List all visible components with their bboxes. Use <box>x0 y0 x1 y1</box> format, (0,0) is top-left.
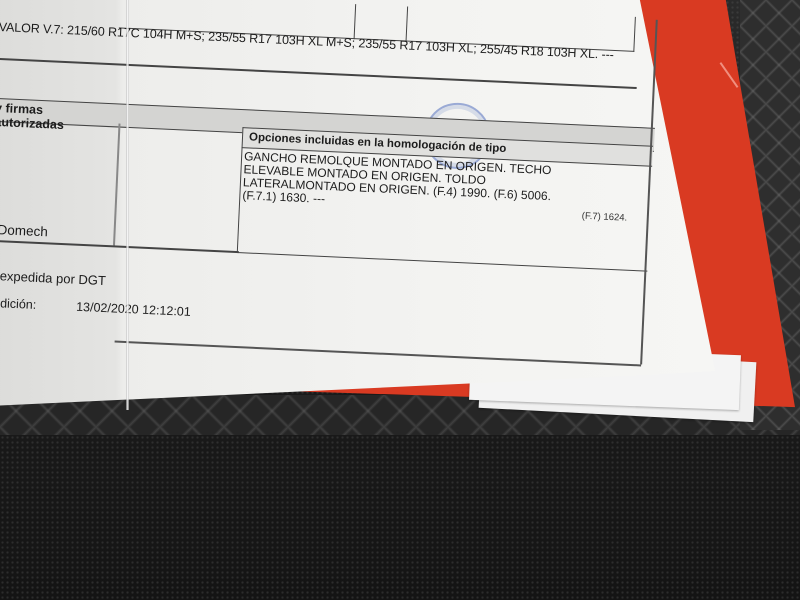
options-line: (F.7.1) 1630. --- <box>242 189 325 206</box>
divider <box>0 240 239 253</box>
document-content: VALOR V.7: 215/60 R17C 104H M+S; 235/55 … <box>0 0 800 600</box>
expedition-label: pedición: <box>0 296 37 312</box>
options-body-cell: GANCHO REMOLQUE MONTADO EN ORIGEN. TECHO… <box>237 147 652 272</box>
signatory-name: Domech <box>0 222 48 239</box>
table-column-divider <box>113 124 120 246</box>
expedition-datetime: 13/02/2020 12:12:01 <box>76 300 191 319</box>
paper-fold-crease <box>126 0 129 410</box>
signatures-header: y firmas autorizadas <box>0 101 65 132</box>
document-frame-bottom <box>115 341 642 366</box>
options-f7-value: (F.7) 1624. <box>582 211 628 224</box>
divider <box>0 58 637 89</box>
issued-by: V expedida por DGT <box>0 268 106 288</box>
